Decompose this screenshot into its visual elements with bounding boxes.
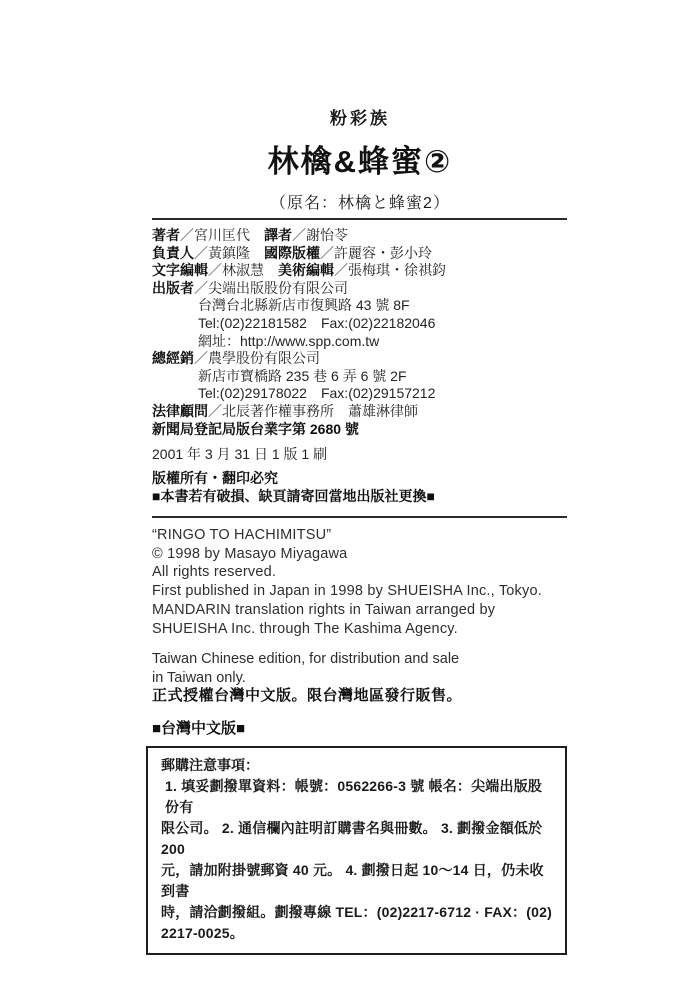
title-block: 粉彩族 林檎&蜂蜜② （原名：林檎と蜂蜜2）	[152, 104, 568, 213]
registration-line: 新聞局登記局版台業字第 2680 號	[152, 421, 568, 439]
edition-line: Taiwan Chinese edition, for distribution…	[152, 650, 568, 669]
edition-cjk-line: 正式授權台灣中文版。限台灣地區發行販售。	[152, 687, 568, 706]
credit-value: ／宮川匡代	[180, 227, 264, 243]
credit-row: 總經銷／農學股份有限公司	[152, 350, 568, 368]
credit-value: ／謝怡苓	[292, 227, 348, 243]
divider-middle	[152, 516, 567, 518]
credit-row: 負責人／黃鎮隆 國際版權／許麗容・彭小玲	[152, 245, 568, 263]
credit-row: 出版者／尖端出版股份有限公司	[152, 280, 568, 298]
credit-label: 國際版權	[264, 245, 320, 261]
credit-value: ／許麗容・彭小玲	[320, 245, 432, 261]
credit-row: 法律顧問／北辰著作權事務所 蕭雄淋律師	[152, 403, 568, 421]
distributor-address: 新店市寶橋路 235 巷 6 弄 6 號 2F	[152, 368, 568, 386]
edition-note-block: Taiwan Chinese edition, for distribution…	[152, 650, 568, 706]
book-title: 林檎&蜂蜜②	[152, 136, 568, 181]
damage-notice-line: ■本書若有破損、缺頁請寄回當地出版社更換■	[152, 488, 568, 506]
credit-label: 美術編輯	[278, 262, 334, 278]
colophon-page: 粉彩族 林檎&蜂蜜② （原名：林檎と蜂蜜2） 著者／宮川匡代 譯者／謝怡苓 負責…	[0, 0, 676, 1000]
mail-order-box: 郵購注意事項： 1. 填妥劃撥單資料：帳號：0562266-3 號 帳名：尖端出…	[146, 746, 567, 955]
print-date: 2001 年 3 月 31 日 1 版 1 刷	[152, 444, 568, 464]
series-title: 粉彩族	[152, 104, 568, 129]
edition-line: in Taiwan only.	[152, 669, 568, 688]
credit-value: ／農學股份有限公司	[194, 350, 320, 366]
credit-row: 著者／宮川匡代 譯者／謝怡苓	[152, 227, 568, 245]
english-translation-line: MANDARIN translation rights in Taiwan ar…	[152, 601, 568, 620]
mail-order-line: 限公司。 2. 通信欄內註明訂購書名與冊數。 3. 劃撥金額低於 200	[161, 818, 554, 860]
copyright-line: 版權所有・翻印必究	[152, 470, 568, 488]
english-copyright-line: © 1998 by Masayo Miyagawa	[152, 545, 568, 564]
divider-top	[152, 218, 567, 220]
publisher-address: 台灣台北縣新店市復興路 43 號 8F	[152, 297, 568, 315]
credit-value: ／北辰著作權事務所 蕭雄淋律師	[208, 403, 418, 419]
credit-label: 總經銷	[152, 350, 194, 366]
credit-value: ／張梅琪・徐祺鈞	[334, 262, 446, 278]
credit-value: ／黃鎮隆	[194, 245, 264, 261]
credit-value: ／林淑慧	[208, 262, 278, 278]
credit-value: ／尖端出版股份有限公司	[194, 280, 348, 296]
credits-block: 著者／宮川匡代 譯者／謝怡苓 負責人／黃鎮隆 國際版權／許麗容・彭小玲 文字編輯…	[152, 227, 568, 438]
english-agency-line: SHUEISHA Inc. through The Kashima Agency…	[152, 620, 568, 639]
distributor-phone: Tel:(02)29178022 Fax:(02)29157212	[152, 385, 568, 403]
publisher-website: 網址：http://www.spp.com.tw	[152, 333, 568, 351]
publisher-phone: Tel:(02)22181582 Fax:(02)22182046	[152, 315, 568, 333]
mail-order-line: 2217-0025。	[161, 923, 554, 944]
mail-order-heading: 郵購注意事項：	[161, 755, 554, 776]
credit-label: 法律顧問	[152, 403, 208, 419]
credit-label: 出版者	[152, 280, 194, 296]
original-title: （原名：林檎と蜂蜜2）	[152, 190, 568, 213]
taiwan-edition-mark: ■台灣中文版■	[152, 717, 568, 738]
credit-label: 負責人	[152, 245, 194, 261]
credit-label: 譯者	[264, 227, 292, 243]
credit-label: 文字編輯	[152, 262, 208, 278]
english-copyright-block: “RINGO TO HACHIMITSU” © 1998 by Masayo M…	[152, 526, 568, 638]
credit-label: 著者	[152, 227, 180, 243]
credit-row: 文字編輯／林淑慧 美術編輯／張梅琪・徐祺鈞	[152, 262, 568, 280]
english-title-line: “RINGO TO HACHIMITSU”	[152, 526, 568, 545]
english-publisher-line: First published in Japan in 1998 by SHUE…	[152, 582, 568, 601]
mail-order-line: 元，請加附掛號郵資 40 元。 4. 劃撥日起 10～14 日，仍未收到書	[161, 860, 554, 902]
copyright-notice: 版權所有・翻印必究 ■本書若有破損、缺頁請寄回當地出版社更換■	[152, 470, 568, 506]
english-rights-line: All rights reserved.	[152, 563, 568, 582]
mail-order-line: 1. 填妥劃撥單資料：帳號：0562266-3 號 帳名：尖端出版股份有	[161, 776, 554, 818]
mail-order-line: 時，請洽劃撥組。劃撥專線 TEL：(02)2217-6712 · FAX：(02…	[161, 902, 554, 923]
